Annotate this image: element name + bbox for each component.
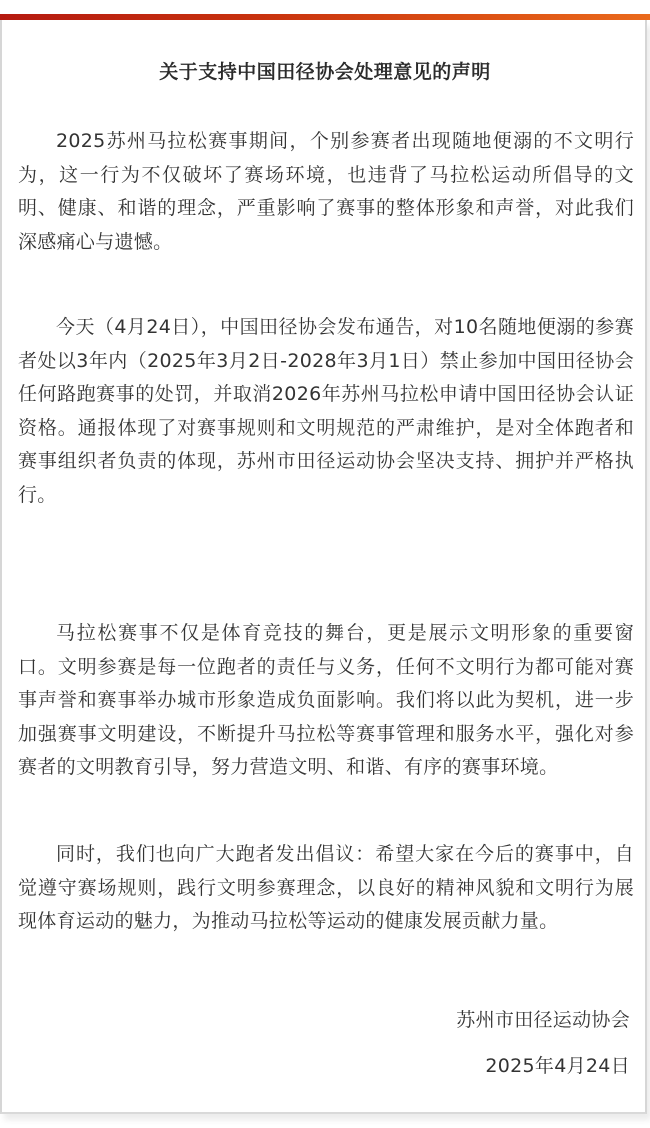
statement-title: 关于支持中国田径协会处理意见的声明 bbox=[0, 58, 650, 86]
paragraph-commitment: 马拉松赛事不仅是体育竞技的舞台，更是展示文明形象的重要窗口。文明参赛是每一位跑者… bbox=[18, 617, 634, 785]
paragraph-penalty: 今天（4月24日），中国田径协会发布通告，对10名随地便溺的参赛者处以3年内（2… bbox=[18, 311, 634, 512]
paragraph-appeal: 同时，我们也向广大跑者发出倡议：希望大家在今后的赛事中，自觉遵守赛场规则，践行文… bbox=[18, 838, 634, 939]
signature-date: 2025年4月24日 bbox=[485, 1052, 630, 1080]
signature-organization: 苏州市田径运动协会 bbox=[456, 1006, 630, 1034]
paragraph-incident: 2025苏州马拉松赛事期间，个别参赛者出现随地便溺的不文明行为，这一行为不仅破坏… bbox=[18, 125, 634, 259]
